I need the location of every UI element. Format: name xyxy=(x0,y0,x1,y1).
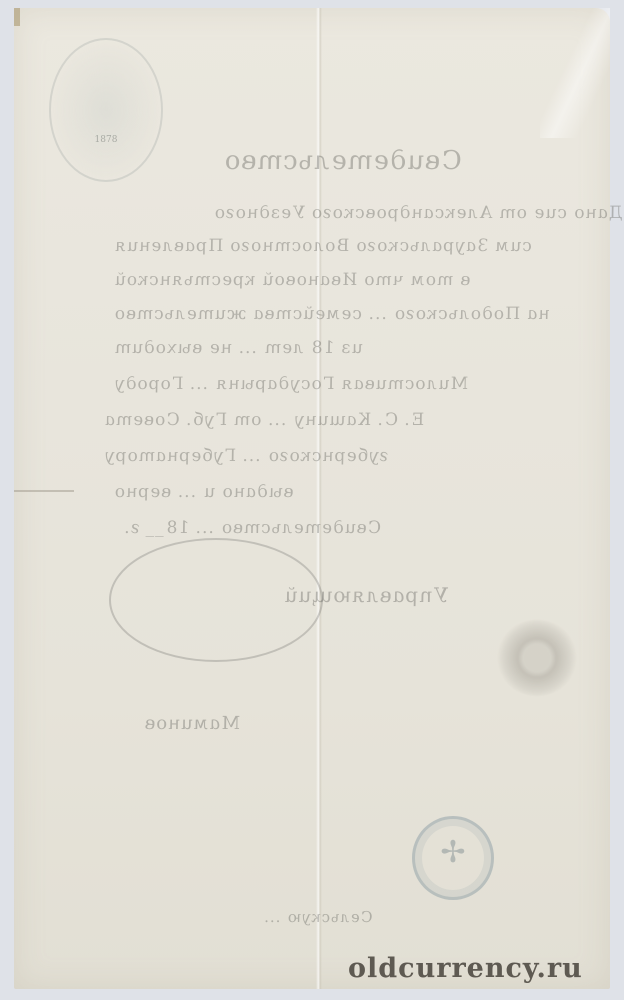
round-eagle-stamp xyxy=(412,816,494,900)
handwriting-line: Милостивая Государыня ... Городу xyxy=(112,374,470,394)
stamp-year: 1878 xyxy=(51,135,161,145)
watermark-text: oldcurrency.ru xyxy=(348,953,583,984)
embossed-oval-stamp: 1878 xyxy=(49,38,163,182)
horizontal-fold-mark xyxy=(14,490,74,492)
round-ink-stamp xyxy=(497,620,577,696)
handwriting-line: Свидетельство ... 18__ г. xyxy=(122,518,383,538)
curled-corner xyxy=(540,8,610,138)
handwriting-line: в том что Ивановой крестьянской xyxy=(112,270,473,290)
lower-note: Сельскую ... xyxy=(262,908,374,926)
handwriting-line: из 18 лет ... не выходит xyxy=(112,338,365,358)
document-heading: Свидетельство xyxy=(221,146,465,176)
handwriting-line: Дано сие от Александровского Уездного xyxy=(212,203,624,223)
signature-center: Управляющий xyxy=(281,583,450,607)
handwriting-line: губернского ... Губернатору xyxy=(102,446,391,466)
handwriting-line: выдано и ... верно xyxy=(112,482,296,502)
document-sheet: 1878 Свидетельство Дано сие от Александр… xyxy=(14,8,610,989)
handwriting-line: сим Зауральского Волостного Правления xyxy=(112,236,534,256)
handwriting-line: на Подольского ... семейства жительство xyxy=(112,304,552,324)
handwriting-line: Е. С. Кашину ... от Губ. Совета xyxy=(102,410,426,430)
signature-left: Маминов xyxy=(142,713,242,734)
